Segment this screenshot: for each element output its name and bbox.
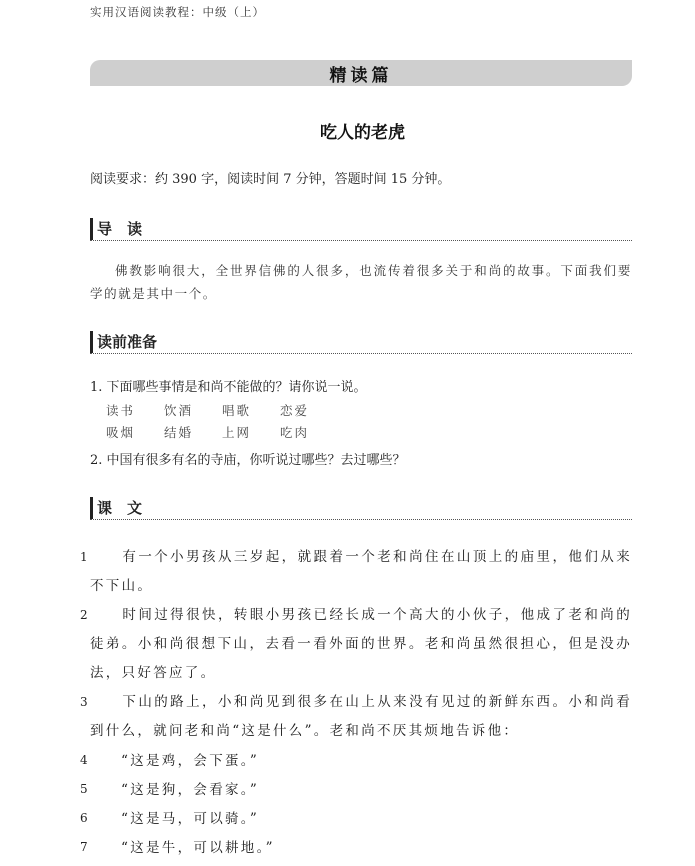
paragraph-number: 5 [80,782,88,796]
question-2: 2. 中国有很多有名的寺庙，你听说过哪些？去过哪些？ [90,449,406,468]
vocab-item: 上网 [222,423,280,441]
paragraph-number: 3 [80,695,88,709]
vocab-item: 吃肉 [280,423,338,441]
section-heading-prep: 读前准备 [90,331,632,354]
heading-bar [90,497,93,519]
vocab-row-1: 读书 饮酒 唱歌 恋爱 [106,401,338,419]
vocab-item: 唱歌 [222,401,280,419]
question-1: 1. 下面哪些事情是和尚不能做的？请你说一说。 [90,376,367,395]
lesson-title: 吃人的老虎 [0,118,695,143]
paragraph-6: “这是马，可以骑。” [121,807,259,827]
heading-bar [90,331,93,353]
section-banner: 精读篇 [90,60,632,86]
paragraph-number: 1 [80,550,88,564]
paragraph-4: “这是鸡，会下蛋。” [121,749,259,769]
intro-text: 佛教影响很大，全世界信佛的人很多，也流传着很多关于和尚的故事。下面我们要学的就是… [90,259,632,305]
section-heading-intro: 导 读 [90,218,632,241]
vocab-row-2: 吸烟 结婚 上网 吃肉 [106,423,338,441]
heading-bar [90,218,93,240]
vocab-item: 饮酒 [164,401,222,419]
section-heading-label: 导 读 [97,219,142,240]
vocab-item: 读书 [106,401,164,419]
section-heading-text: 课 文 [90,497,632,520]
paragraph-7: “这是牛，可以耕地。” [121,836,275,856]
reading-requirement: 阅读要求：约 390 字，阅读时间 7 分钟，答题时间 15 分钟。 [90,168,450,187]
section-heading-label: 读前准备 [97,332,157,353]
paragraph-number: 2 [80,608,88,622]
vocab-item: 吸烟 [106,423,164,441]
running-header: 实用汉语阅读教程：中级（上） [90,4,265,20]
banner-title: 精读篇 [330,61,393,86]
paragraph-1: 有一个小男孩从三岁起，就跟着一个老和尚住在山顶上的庙里，他们从来不下山。 [90,543,632,601]
paragraph-number: 7 [80,840,88,854]
paragraph-2: 时间过得很快，转眼小男孩已经长成一个高大的小伙子，他成了老和尚的徒弟。小和尚很想… [90,601,632,688]
paragraph-number: 6 [80,811,88,825]
section-heading-label: 课 文 [97,498,142,519]
paragraph-3: 下山的路上，小和尚见到很多在山上从来没有见过的新鲜东西。小和尚看到什么，就问老和… [90,688,632,746]
vocab-item: 恋爱 [280,401,338,419]
vocab-item: 结婚 [164,423,222,441]
paragraph-5: “这是狗，会看家。” [121,778,259,798]
paragraph-number: 4 [80,753,88,767]
